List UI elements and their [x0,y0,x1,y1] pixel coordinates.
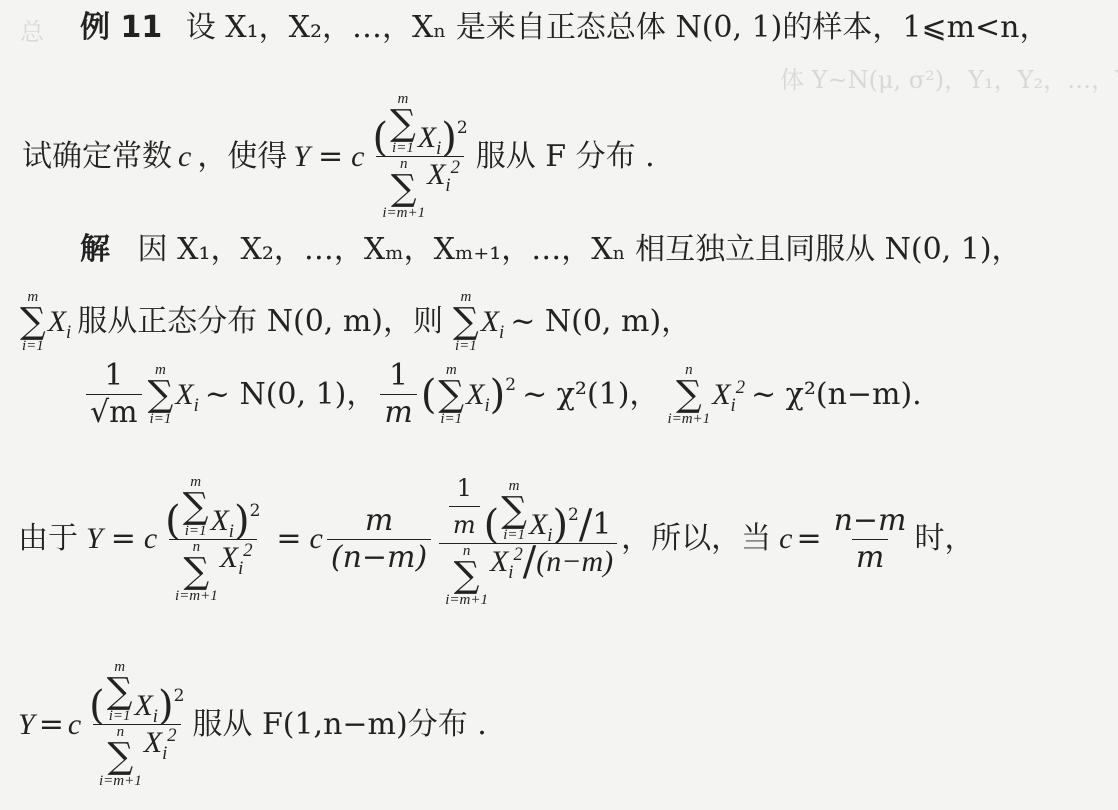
sum-symbol: m∑i=1 [453,290,479,354]
fraction: 1 m [449,470,480,543]
divisor: (n−m) [536,544,613,580]
sigma: ∑ [438,378,464,412]
term: Xi [175,377,199,413]
problem-statement-line-2: 试确定常数 c ，使得 Y = c ( m∑i=1 Xi )2 n∑i=m+1 … [22,92,655,221]
numerator: 1 [453,470,476,506]
var-c: c [178,139,191,175]
fraction: 1 m [380,358,416,431]
denominator: m [852,539,888,576]
solution-line-2: m∑i=1 Xi 服从正态分布 N(0, m)，则 m∑i=1 Xi ~ N(0… [18,290,691,354]
numerator: n−m [830,503,911,539]
sigma: ∑ [184,555,210,589]
var-c: c [310,521,323,557]
sigma: ∑ [390,107,416,141]
sum-symbol: m∑i=1 [390,92,416,156]
exponent: 2 [174,678,185,714]
denominator: (n−m) [327,539,431,576]
equals-sign: = [276,521,301,557]
numerator: ( m∑i=1 Xi )2 [161,475,264,539]
solution-text: 时， [915,521,975,557]
problem-text: 试确定常数 [22,139,172,175]
var-Y: Y [86,521,103,557]
fraction: ( m∑i=1 Xi )2 n∑i=m+1 Xi2 [85,660,188,789]
exponent: 2 [505,367,516,403]
fraction: 1 √m [86,358,142,431]
solution-text: 服从 F(1,n−m)分布 . [192,707,486,743]
numerator: ( m∑i=1 Xi )2 [368,92,471,156]
term: Xi [210,503,234,539]
denominator: n∑i=m+1 Xi2 / (n−m) [439,543,617,608]
sigma: ∑ [183,490,209,524]
exponent: 2 [457,110,468,146]
sigma: ∑ [453,305,479,339]
numerator: m [361,503,397,539]
problem-statement-line-1: 例 11 设 X₁，X₂，…，Xₙ 是来自正态总体 N(0, 1)的样本，1⩽m… [80,10,1050,46]
problem-text: 服从 F 分布 . [476,139,655,175]
solution-text: ~ χ²(1)， [522,377,659,413]
sum-lower: i=m+1 [175,589,218,604]
term: Xi2 [490,544,523,580]
equals-sign: = [318,139,343,175]
bleed-through-text: 体 Y~N(μ, σ²)，Y₁，Y₂，…，Yₙ 为来自总体 Y 的样本，X 与 … [780,60,1118,95]
sigma: ∑ [676,378,702,412]
textbook-page: 总 体 Y~N(μ, σ²)，Y₁，Y₂，…，Yₙ 为来自总体 Y 的样本，X … [0,0,1118,810]
sigma: ∑ [20,305,46,339]
sum-symbol: n∑i=m+1 [382,157,425,221]
sigma: ∑ [107,675,133,709]
numerator: ( m∑i=1 Xi )2 [85,660,188,724]
numerator: 1 [385,358,412,394]
term: Xi [481,304,505,340]
paren: ) [441,120,457,156]
solution-line-1: 解 因 X₁，X₂，…，Xₘ，Xₘ₊₁，…，Xₙ 相互独立且同服从 N(0, 1… [80,232,1022,268]
paren: ) [234,503,250,539]
solution-text: ，所以，当 [621,521,771,557]
var-Y: Y [293,139,310,175]
sigma: ∑ [148,378,174,412]
sum-symbol: m∑i=1 [148,363,174,427]
var-c: c [351,139,364,175]
solution-line-5: Y = c ( m∑i=1 Xi )2 n∑i=m+1 Xi2 服从 F(1,n… [18,660,487,789]
numerator: 1 m ( m∑i=1 Xi )2 / 1 [441,470,616,543]
paren: ) [552,507,568,543]
sum-lower: i=m+1 [445,593,488,608]
sum-symbol: n∑i=m+1 [175,540,218,604]
term: Xi2 [712,377,745,413]
var-Y: Y [18,707,35,743]
solution-text: ~ χ²(n−m). [751,377,922,413]
equals-sign: = [39,707,64,743]
equals-sign: = [796,521,821,557]
slash: / [523,544,536,580]
problem-text: ，使得 [197,139,287,175]
bleed-through-text: 总 [20,12,44,47]
numerator: 1 [100,358,127,394]
fraction: 1 m ( m∑i=1 Xi )2 / 1 n∑i=m+1 Xi2 / (n−m… [439,470,617,608]
denominator: √m [86,394,142,431]
term: Xi2 [427,157,460,193]
fraction: ( m∑i=1 Xi )2 n∑i=m+1 Xi2 [161,475,264,604]
solution-line-4: 由于 Y = c ( m∑i=1 Xi )2 n∑i=m+1 Xi2 = c m… [18,470,975,608]
paren: ( [421,377,437,413]
solution-line-3: 1 √m m∑i=1 Xi ~ N(0, 1)， 1 m ( m∑i=1 Xi … [82,358,922,431]
sum-symbol: m∑i=1 [20,290,46,354]
denominator: n∑i=m+1 Xi2 [93,724,181,789]
term: Xi2 [144,725,177,761]
sum-symbol: m∑i=1 [183,475,209,539]
sum-symbol: n∑i=m+1 [445,544,488,608]
sigma: ∑ [391,172,417,206]
term: Xi [529,507,553,543]
sigma: ∑ [454,559,480,593]
exponent: 2 [568,497,579,533]
sigma: ∑ [501,494,527,528]
problem-text: 设 X₁，X₂，…，Xₙ 是来自正态总体 N(0, 1)的样本，1⩽m<n， [186,10,1050,45]
solution-label: 解 [80,232,110,267]
solution-text: ~ N(0, 1)， [205,377,377,413]
sum-symbol: n∑i=m+1 [667,363,710,427]
term: Xi [134,688,158,724]
sum-lower: i=1 [185,524,207,539]
example-label: 例 11 [80,10,162,45]
sum-symbol: n∑i=m+1 [99,725,142,789]
term: Xi [418,120,442,156]
sum-lower: i=1 [392,141,414,156]
paren: ( [89,688,105,724]
fraction: m (n−m) [327,503,431,576]
term: Xi [466,377,490,413]
solution-text: 由于 [18,521,78,557]
denominator: n∑i=m+1 Xi2 [376,156,464,221]
solution-text: ~ N(0, m)， [510,304,691,340]
sum-lower: i=1 [22,339,44,354]
paren: ( [484,507,500,543]
sum-lower: i=1 [503,528,525,543]
var-c: c [779,521,792,557]
denominator: n∑i=m+1 Xi2 [169,539,257,604]
slash: / [579,507,592,543]
equals-sign: = [111,521,136,557]
sum-lower: i=1 [150,412,172,427]
denominator: m [449,506,480,543]
exponent: 2 [250,493,261,529]
solution-text: 服从正态分布 N(0, m)，则 [77,304,443,340]
paren: ( [165,503,181,539]
paren: ) [158,688,174,724]
var-c: c [68,707,81,743]
sum-lower: i=m+1 [99,774,142,789]
sum-symbol: m∑i=1 [438,363,464,427]
sum-lower: i=1 [440,412,462,427]
sum-lower: i=1 [455,339,477,354]
fraction: n−m m [830,503,911,576]
term: Xi [48,304,72,340]
sum-symbol: m∑i=1 [501,479,527,543]
paren: ) [490,377,506,413]
term: Xi2 [220,540,253,576]
sigma: ∑ [108,740,134,774]
sum-lower: i=1 [109,709,131,724]
denominator: m [380,394,416,431]
sum-lower: i=m+1 [667,412,710,427]
fraction: ( m∑i=1 Xi )2 n∑i=m+1 Xi2 [368,92,471,221]
sum-lower: i=m+1 [382,206,425,221]
solution-text: 因 X₁，X₂，…，Xₘ，Xₘ₊₁，…，Xₙ 相互独立且同服从 N(0, 1)， [138,232,1022,267]
paren: ( [372,120,388,156]
divisor: 1 [592,507,611,543]
var-c: c [144,521,157,557]
sum-symbol: m∑i=1 [107,660,133,724]
